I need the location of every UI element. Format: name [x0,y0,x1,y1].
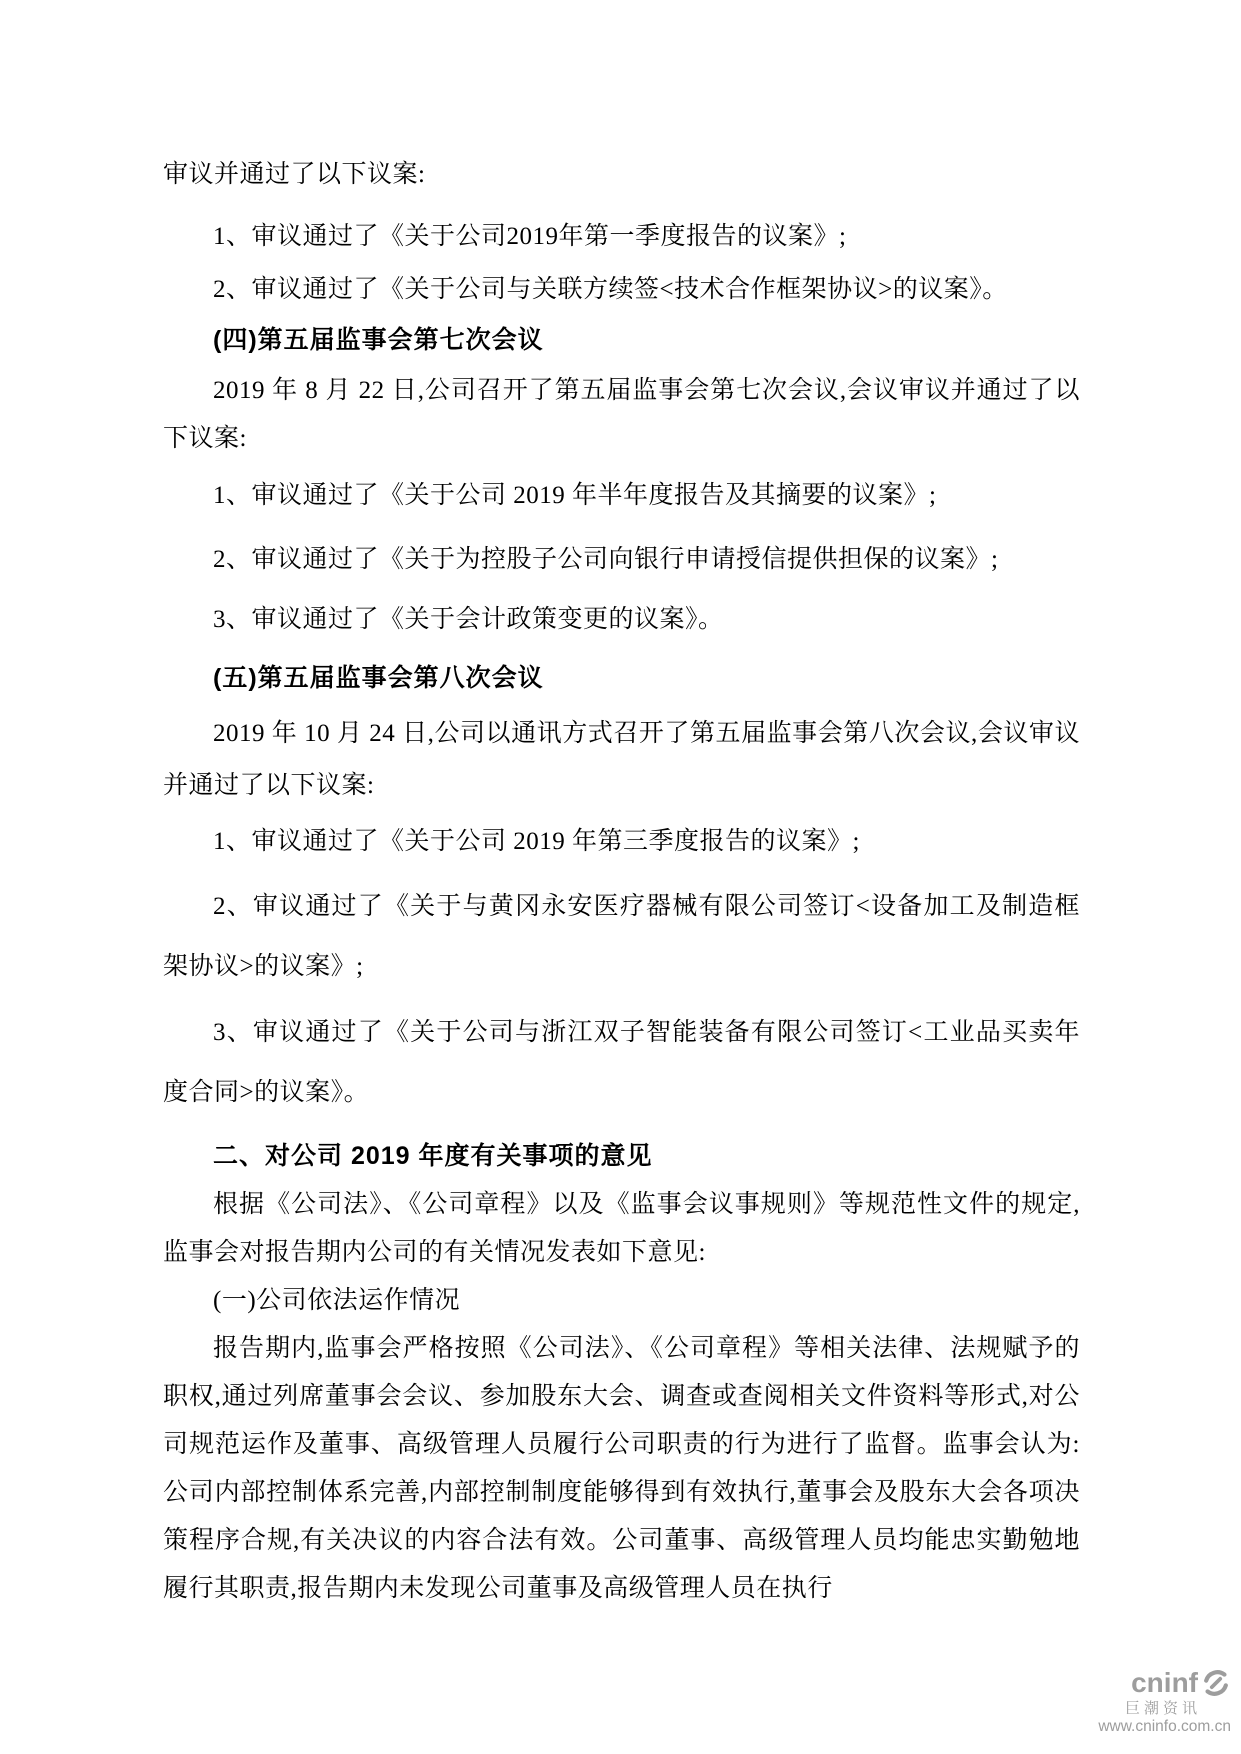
section-heading: (五)第五届监事会第八次会议 [163,653,1080,703]
cninfo-logo-row: cninf [1098,1667,1231,1699]
cninfo-brand-text: cninf [1131,1667,1198,1699]
list-item: 3、审议通过了《关于公司与浙江双子智能装备有限公司签订<工业品买卖年度合同>的议… [163,1003,1080,1123]
paragraph: 2019 年 8 月 22 日,公司召开了第五届监事会第七次会议,会议审议并通过… [163,367,1080,463]
paragraph: 报告期内,监事会严格按照《公司法》、《公司章程》等相关法律、法规赋予的职权,通过… [163,1325,1080,1613]
document-page: 审议并通过了以下议案: 1、审议通过了《关于公司2019年第一季度报告的议案》;… [0,0,1241,1754]
list-item: 1、审议通过了《关于公司2019年第一季度报告的议案》; [163,212,1080,262]
document-content: 审议并通过了以下议案: 1、审议通过了《关于公司2019年第一季度报告的议案》;… [0,0,1241,1613]
section-heading: (四)第五届监事会第七次会议 [163,315,1080,365]
sub-section-heading: (一)公司依法运作情况 [163,1277,1080,1325]
paragraph: 根据《公司法》、《公司章程》以及《监事会议事规则》等规范性文件的规定,监事会对报… [163,1181,1080,1277]
list-item: 3、审议通过了《关于会计政策变更的议案》。 [163,595,1080,645]
section-heading: 二、对公司 2019 年度有关事项的意见 [163,1131,1080,1181]
cninfo-chinese-name: 巨潮资讯 [1098,1700,1201,1717]
cninfo-swirl-icon [1201,1668,1231,1698]
list-item: 2、审议通过了《关于为控股子公司向银行申请授信提供担保的议案》; [163,535,1080,585]
cninfo-watermark: cninf 巨潮资讯 www.cninfo.com.cn [1098,1667,1231,1736]
paragraph: 2019 年 10 月 24 日,公司以通讯方式召开了第五届监事会第八次会议,会… [163,708,1080,812]
list-item: 1、审议通过了《关于公司 2019 年第三季度报告的议案》; [163,817,1080,867]
list-item: 2、审议通过了《关于公司与关联方续签<技术合作框架协议>的议案》。 [163,265,1080,315]
cninfo-url: www.cninfo.com.cn [1098,1718,1231,1736]
paragraph-continuation: 审议并通过了以下议案: [163,150,1080,200]
list-item: 1、审议通过了《关于公司 2019 年半年度报告及其摘要的议案》; [163,471,1080,521]
list-item: 2、审议通过了《关于与黄冈永安医疗器械有限公司签订<设备加工及制造框架协议>的议… [163,877,1080,997]
